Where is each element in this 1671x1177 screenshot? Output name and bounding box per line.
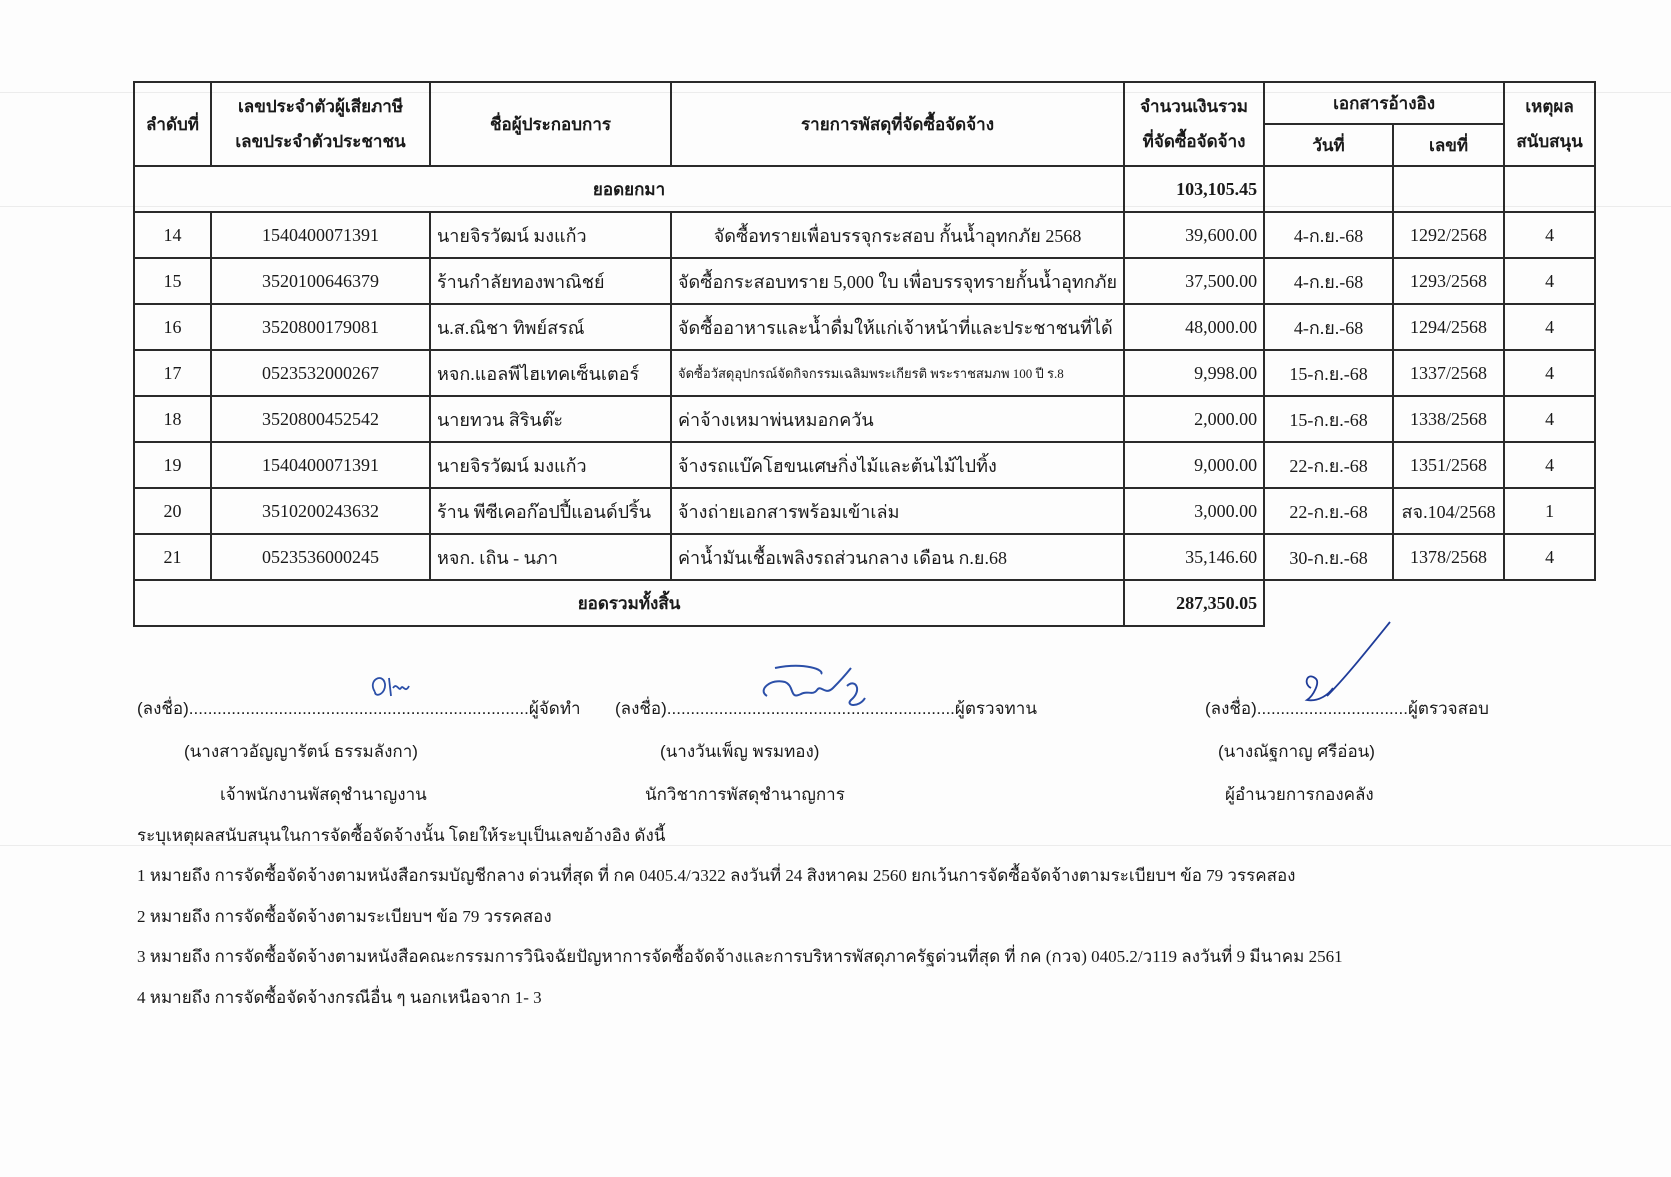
- row-item: จัดซื้ออาหารและน้ำดื่มให้แก่เจ้าหน้าที่แ…: [671, 304, 1124, 350]
- header-reason-line2: สนับสนุน: [1511, 128, 1588, 155]
- reviewer-position: นักวิชาการพัสดุชำนาญการ: [645, 781, 845, 808]
- sign-role: ผู้ตรวจสอบ: [1408, 699, 1489, 718]
- row-vendor: นายจิรวัฒน์ มงแก้ว: [430, 212, 671, 258]
- row-ref-no: 1293/2568: [1393, 258, 1504, 304]
- row-amount: 37,500.00: [1124, 258, 1264, 304]
- header-seq: ลำดับที่: [134, 82, 211, 166]
- table-row: 170523532000267หจก.แอลพีไฮเทคเซ็นเตอร์จั…: [134, 350, 1595, 396]
- row-amount: 9,000.00: [1124, 442, 1264, 488]
- header-reason-line1: เหตุผล: [1511, 93, 1588, 120]
- note-2: 2 หมายถึง การจัดซื้อจัดจ้างตามระเบียบฯ ข…: [137, 903, 552, 930]
- handwritten-signature-icon: [755, 660, 895, 712]
- row-item: จัดซื้อกระสอบทราย 5,000 ใบ เพื่อบรรจุทรา…: [671, 258, 1124, 304]
- header-tax-id: เลขประจำตัวผู้เสียภาษี เลขประจำตัวประชาช…: [211, 82, 430, 166]
- carried-forward-row: ยอดยกมา 103,105.45: [134, 166, 1595, 212]
- row-ref-date: 4-ก.ย.-68: [1264, 304, 1393, 350]
- header-tax-id-line2: เลขประจำตัวประชาชน: [218, 128, 423, 155]
- row-seq: 20: [134, 488, 211, 534]
- table-row: 203510200243632ร้าน พีซีเคอก๊อปปี้แอนด์ป…: [134, 488, 1595, 534]
- inspector-name: (นางณัฐกาญ ศรีอ่อน): [1218, 738, 1375, 765]
- table-row: 183520800452542นายทวน สิรินต๊ะค่าจ้างเหม…: [134, 396, 1595, 442]
- row-vendor: หจก. เถิน - นภา: [430, 534, 671, 580]
- notes-intro: ระบุเหตุผลสนับสนุนในการจัดซื้อจัดจ้างนั้…: [137, 822, 665, 849]
- row-tax-id: 3510200243632: [211, 488, 430, 534]
- row-reason: 1: [1504, 488, 1595, 534]
- row-seq: 19: [134, 442, 211, 488]
- signature-preparer: (ลงชื่อ)................................…: [137, 695, 581, 722]
- note-1: 1 หมายถึง การจัดซื้อจัดจ้างตามหนังสือกรม…: [137, 862, 1295, 889]
- row-reason: 4: [1504, 212, 1595, 258]
- sign-role: ผู้จัดทำ: [529, 699, 581, 718]
- row-amount: 48,000.00: [1124, 304, 1264, 350]
- row-seq: 21: [134, 534, 211, 580]
- carried-forward-amount: 103,105.45: [1124, 166, 1264, 212]
- row-seq: 14: [134, 212, 211, 258]
- header-amount-line1: จำนวนเงินรวม: [1131, 93, 1257, 120]
- row-seq: 15: [134, 258, 211, 304]
- row-amount: 3,000.00: [1124, 488, 1264, 534]
- row-item: ค่าจ้างเหมาพ่นหมอกควัน: [671, 396, 1124, 442]
- row-reason: 4: [1504, 350, 1595, 396]
- header-reference: เอกสารอ้างอิง: [1264, 82, 1504, 124]
- table-row: 163520800179081น.ส.ณิชา ทิพย์สรณ์จัดซื้อ…: [134, 304, 1595, 350]
- row-item: ค่าน้ำมันเชื้อเพลิงรถส่วนกลาง เดือน ก.ย.…: [671, 534, 1124, 580]
- row-ref-date: 4-ก.ย.-68: [1264, 258, 1393, 304]
- grand-total-amount: 287,350.05: [1124, 580, 1264, 626]
- row-item: จัดซื้อทรายเพื่อบรรจุกระสอบ กั้นน้ำอุทกภ…: [671, 212, 1124, 258]
- row-ref-date: 22-ก.ย.-68: [1264, 442, 1393, 488]
- row-ref-no: 1337/2568: [1393, 350, 1504, 396]
- row-reason: 4: [1504, 304, 1595, 350]
- row-vendor: น.ส.ณิชา ทิพย์สรณ์: [430, 304, 671, 350]
- empty-cell: [1264, 166, 1393, 212]
- row-tax-id: 3520100646379: [211, 258, 430, 304]
- row-amount: 39,600.00: [1124, 212, 1264, 258]
- row-ref-date: 22-ก.ย.-68: [1264, 488, 1393, 534]
- header-reason: เหตุผล สนับสนุน: [1504, 82, 1595, 166]
- grand-total-label: ยอดรวมทั้งสิ้น: [134, 580, 1124, 626]
- handwritten-signature-icon: [365, 670, 425, 710]
- row-ref-no: 1351/2568: [1393, 442, 1504, 488]
- note-3: 3 หมายถึง การจัดซื้อจัดจ้างตามหนังสือคณะ…: [137, 943, 1343, 970]
- sign-prefix: (ลงชื่อ): [1205, 699, 1257, 718]
- inspector-position: ผู้อำนวยการกองคลัง: [1225, 781, 1374, 808]
- row-item: จ้างถ่ายเอกสารพร้อมเข้าเล่ม: [671, 488, 1124, 534]
- row-ref-date: 15-ก.ย.-68: [1264, 350, 1393, 396]
- row-vendor: นายทวน สิรินต๊ะ: [430, 396, 671, 442]
- row-ref-date: 15-ก.ย.-68: [1264, 396, 1393, 442]
- row-tax-id: 0523532000267: [211, 350, 430, 396]
- row-ref-no: สจ.104/2568: [1393, 488, 1504, 534]
- row-tax-id: 1540400071391: [211, 212, 430, 258]
- row-vendor: ร้านกำลัยทองพาณิชย์: [430, 258, 671, 304]
- table-row: 210523536000245หจก. เถิน - นภาค่าน้ำมันเ…: [134, 534, 1595, 580]
- row-amount: 2,000.00: [1124, 396, 1264, 442]
- row-ref-date: 4-ก.ย.-68: [1264, 212, 1393, 258]
- preparer-position: เจ้าพนักงานพัสดุชำนาญงาน: [220, 781, 427, 808]
- row-vendor: หจก.แอลพีไฮเทคเซ็นเตอร์: [430, 350, 671, 396]
- row-seq: 18: [134, 396, 211, 442]
- carried-forward-label: ยอดยกมา: [134, 166, 1124, 212]
- row-tax-id: 3520800179081: [211, 304, 430, 350]
- handwritten-signature-icon: [1285, 618, 1395, 713]
- row-tax-id: 3520800452542: [211, 396, 430, 442]
- row-tax-id: 0523536000245: [211, 534, 430, 580]
- row-vendor: ร้าน พีซีเคอก๊อปปี้แอนด์ปริ้น: [430, 488, 671, 534]
- row-ref-no: 1292/2568: [1393, 212, 1504, 258]
- sign-prefix: (ลงชื่อ): [615, 699, 667, 718]
- row-reason: 4: [1504, 258, 1595, 304]
- dotted-line: ........................................…: [189, 699, 529, 718]
- row-seq: 16: [134, 304, 211, 350]
- row-item: จ้างรถแบ๊คโฮขนเศษกิ่งไม้และต้นไม้ไปทิ้ง: [671, 442, 1124, 488]
- row-amount: 9,998.00: [1124, 350, 1264, 396]
- header-ref-no: เลขที่: [1393, 124, 1504, 166]
- reviewer-name: (นางวันเพ็ญ พรมทอง): [660, 738, 819, 765]
- row-seq: 17: [134, 350, 211, 396]
- header-vendor: ชื่อผู้ประกอบการ: [430, 82, 671, 166]
- row-reason: 4: [1504, 534, 1595, 580]
- row-ref-no: 1378/2568: [1393, 534, 1504, 580]
- row-item: จัดซื้อวัสดุอุปกรณ์จัดกิจกรรมเฉลิมพระเกี…: [671, 350, 1124, 396]
- row-ref-no: 1338/2568: [1393, 396, 1504, 442]
- empty-cell: [1393, 166, 1504, 212]
- row-ref-no: 1294/2568: [1393, 304, 1504, 350]
- row-ref-date: 30-ก.ย.-68: [1264, 534, 1393, 580]
- table-row: 153520100646379ร้านกำลัยทองพาณิชย์จัดซื้…: [134, 258, 1595, 304]
- header-ref-date: วันที่: [1264, 124, 1393, 166]
- row-reason: 4: [1504, 396, 1595, 442]
- row-tax-id: 1540400071391: [211, 442, 430, 488]
- row-vendor: นายจิรวัฒน์ มงแก้ว: [430, 442, 671, 488]
- header-amount-line2: ที่จัดซื้อจัดจ้าง: [1131, 128, 1257, 155]
- header-amount: จำนวนเงินรวม ที่จัดซื้อจัดจ้าง: [1124, 82, 1264, 166]
- row-reason: 4: [1504, 442, 1595, 488]
- table-row: 191540400071391นายจิรวัฒน์ มงแก้วจ้างรถแ…: [134, 442, 1595, 488]
- header-tax-id-line1: เลขประจำตัวผู้เสียภาษี: [218, 93, 423, 120]
- procurement-table: ลำดับที่ เลขประจำตัวผู้เสียภาษี เลขประจำ…: [133, 81, 1596, 627]
- preparer-name: (นางสาวอัญญารัตน์ ธรรมลังกา): [184, 738, 418, 765]
- empty-cell: [1504, 166, 1595, 212]
- sign-prefix: (ลงชื่อ): [137, 699, 189, 718]
- table-row: 141540400071391นายจิรวัฒน์ มงแก้วจัดซื้อ…: [134, 212, 1595, 258]
- row-amount: 35,146.60: [1124, 534, 1264, 580]
- header-items: รายการพัสดุที่จัดซื้อจัดจ้าง: [671, 82, 1124, 166]
- sign-role: ผู้ตรวจทาน: [955, 699, 1037, 718]
- note-4: 4 หมายถึง การจัดซื้อจัดจ้างกรณีอื่น ๆ นอ…: [137, 984, 542, 1011]
